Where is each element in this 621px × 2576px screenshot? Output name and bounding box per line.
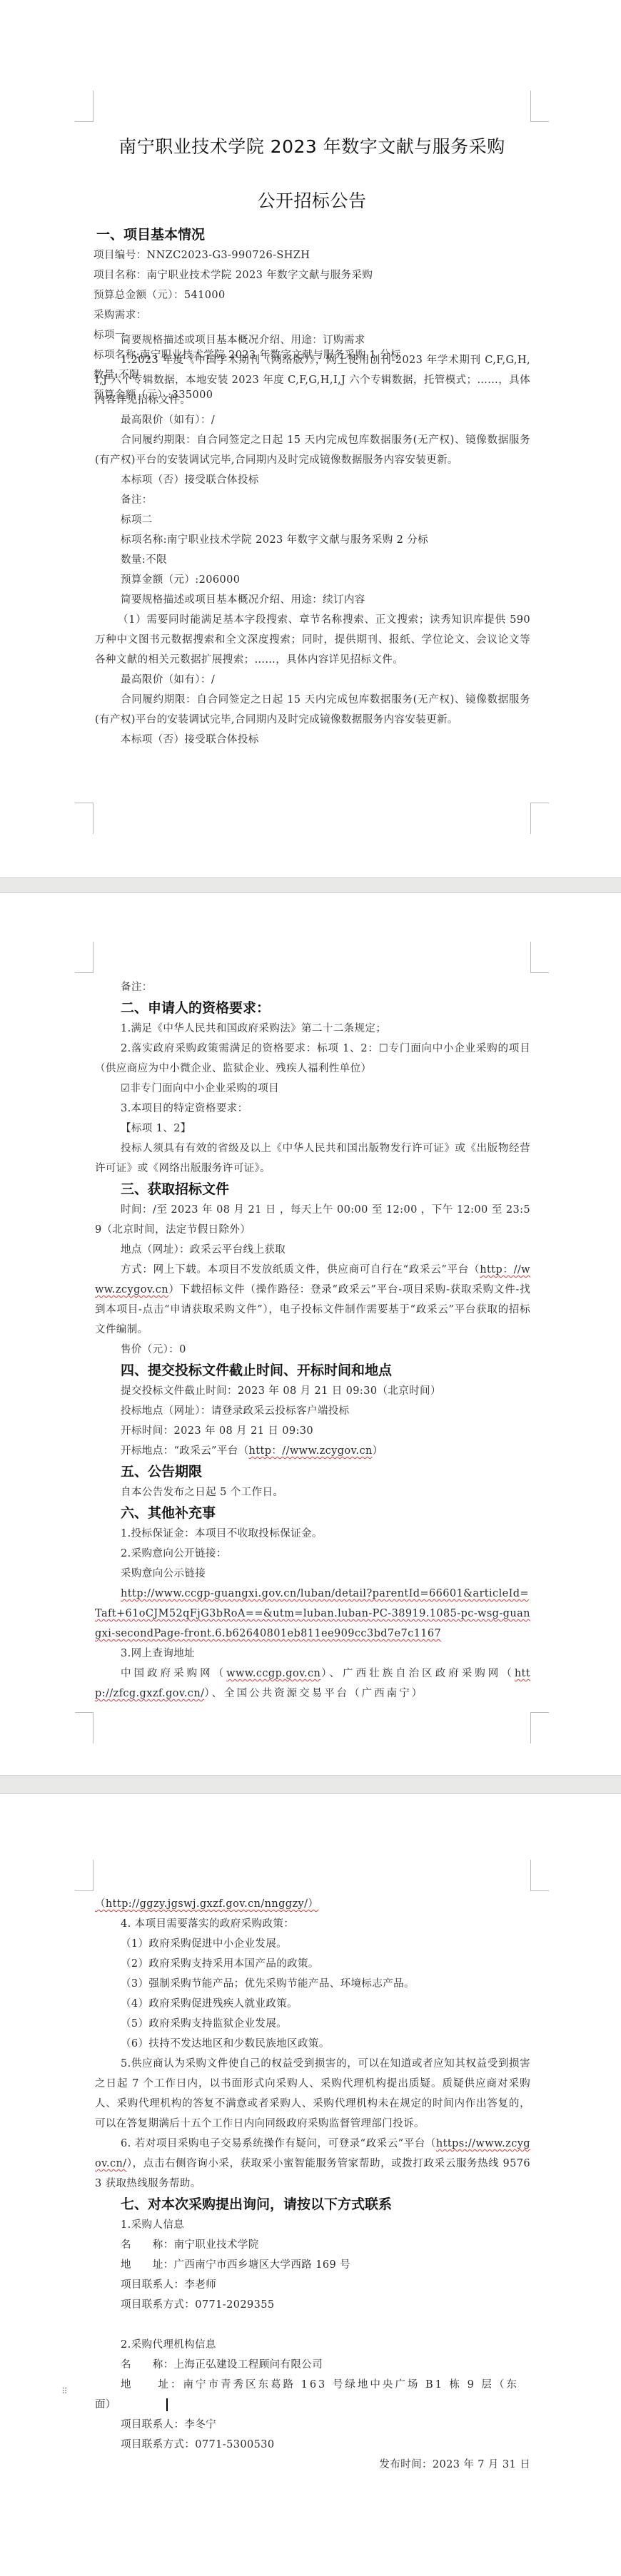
publish-date: 发布时间：2023 年 7 月 31 日: [95, 2455, 530, 2475]
obtain-method-prefix: 方式：网上下载。本项目不发放纸质文件，供应商可自行在“政采云”平台（: [121, 1264, 480, 1276]
intent-link-label: 采购意向公示链接: [95, 1564, 530, 1584]
lot1-consortium: 本标项（否）接受联合体投标: [95, 470, 530, 490]
other-item-5: 5.供应商认为采购文件使自己的权益受到损害的，可以在知道或者应知其权益受到损害之…: [95, 2054, 530, 2134]
lot2-contract-period: 合同履约期限：自合同签定之日起 15 天内完成包库数据服务(无产权)、镜像数据服…: [95, 690, 530, 730]
section-6-heading: 六、其他补充事: [95, 1502, 530, 1524]
margin-corner-top-left: [75, 1860, 94, 1891]
lot2-desc-text: （1）需要同时能满足基本字段搜索、章节名称搜索、正文搜索；读秀知识库提供 590…: [95, 610, 530, 670]
lot2-label: 标项二: [95, 510, 530, 530]
agency-address: 地 址：南宁市青秀区东葛路 163 号绿地中央广场 B1 栋 9 层（东: [95, 2375, 530, 2395]
purchaser-address: 地 址：广西南宁市西乡塘区大学西路 169 号: [95, 2255, 530, 2275]
margin-corner-top-right: [530, 1860, 549, 1891]
document-title-line1: 南宁职业技术学院 2023 年数字文献与服务采购: [94, 133, 530, 161]
query-site-a-text: 中国政府采购网（: [121, 1668, 226, 1679]
open-place-suffix: ）: [373, 1445, 383, 1457]
text-cursor: [166, 2398, 168, 2411]
agency-name: 名 称：上海正弘建设工程顾问有限公司: [95, 2355, 530, 2375]
section-1-heading: 一、项目基本情况: [94, 224, 530, 245]
agency-label: 2.采购代理机构信息: [95, 2335, 530, 2355]
page-2-content: 备注： 二、申请人的资格要求： 1.满足《中华人民共和国政府采购法》第二十二条规…: [95, 977, 530, 1704]
lot2-name: 标项名称:南宁职业技术学院 2023 年数字文献与服务采购 2 分标: [95, 530, 530, 550]
agency-contact: 项目联系人：李冬宁: [95, 2415, 530, 2435]
open-place-prefix: 开标地点：“政采云”平台（: [121, 1445, 249, 1457]
open-time: 开标时间：2023 年 08 月 21 日 09:30: [95, 1421, 530, 1441]
purchaser-phone: 项目联系方式：0771-2029355: [95, 2295, 530, 2315]
agency-address-cont[interactable]: 面）: [95, 2395, 530, 2415]
lot2-quantity: 数量:不限: [95, 550, 530, 570]
ccgp-link[interactable]: www.ccgp.gov.cn: [226, 1668, 320, 1679]
ggzy-nanning-link[interactable]: （http://ggzy.jgswj.gxzf.gov.cn/nnggzy/）: [95, 1898, 318, 1910]
margin-corner-top-right: [530, 91, 549, 122]
other-item-6: 6. 若对项目采购电子交易系统操作有疑问，可登录“政采云”平台（https://…: [95, 2134, 530, 2194]
margin-corner-bottom-right: [530, 1712, 549, 1743]
qual-item-2-checked: ☑非专门面向中小企业采购的项目: [95, 1079, 530, 1099]
blank-line: [95, 2315, 530, 2335]
qual-item-3: 3.本项目的特定资格要求：: [95, 1099, 530, 1119]
query-site-c-text: ）、全国公共资源交易平台（广西南宁）: [204, 1688, 424, 1699]
lot1-desc-label: 简要规格描述或项目基本概况介绍、用途：订购需求: [95, 330, 530, 350]
margin-corner-bottom-left: [75, 803, 94, 834]
obtain-price: 售价（元）：0: [95, 1340, 530, 1360]
notice-period: 自本公告发布之日起 5 个工作日。: [95, 1482, 530, 1502]
qual-item-1: 1.满足《中华人民共和国政府采购法》第二十二条规定；: [95, 1019, 530, 1039]
ggzy-link-para: （http://ggzy.jgswj.gxzf.gov.cn/nnggzy/）: [95, 1894, 530, 1914]
page-1-body: 简要规格描述或项目基本概况介绍、用途：订购需求 1.2023 年度《中国学术期刊…: [95, 330, 530, 750]
page-1: 南宁职业技术学院 2023 年数字文献与服务采购 公开招标公告 一、项目基本情况…: [0, 0, 621, 877]
lot1-desc-text: 1.2023 年度《中国学术期刊（网络版）》，网上使用创刊-2023 年学术期刊…: [95, 350, 530, 410]
other-item-3: 3.网上查询地址: [95, 1644, 530, 1664]
lot1-max-price: 最高限价（如有）：/: [95, 410, 530, 430]
table-move-handle-icon[interactable]: ⠿: [61, 2387, 67, 2396]
purchaser-label: 1.采购人信息: [95, 2215, 530, 2235]
requirements-label: 采购需求：: [94, 305, 530, 325]
qual-item-2: 2.落实政府采购政策需满足的资格要求：标项 1、2：☐专门面向中小企业采购的项目…: [95, 1039, 530, 1079]
zcygov-link[interactable]: http：//www.zcygov.cn: [249, 1445, 373, 1457]
project-name: 项目名称：南宁职业技术学院 2023 年数字文献与服务采购: [94, 265, 530, 285]
other-item-2: 2.采购意向公开链接：: [95, 1544, 530, 1564]
policy-1: （1）政府采购促进中小企业发展。: [95, 1934, 530, 1954]
total-budget: 预算总金额（元）：541000: [94, 285, 530, 305]
lot1-contract-period: 合同履约期限：自合同签定之日起 15 天内完成包库数据服务(无产权)、镜像数据服…: [95, 430, 530, 470]
margin-corner-top-left: [75, 942, 94, 973]
lot2-budget: 预算金额（元）:206000: [95, 570, 530, 590]
margin-corner-bottom-right: [530, 803, 549, 834]
bid-place: 投标地点（网址）：请登录政采云投标客户端投标: [95, 1401, 530, 1421]
other-item-1: 1.投标保证金：本项目不收取投标保证金。: [95, 1524, 530, 1544]
margin-corner-top-right: [530, 942, 549, 973]
section-5-heading: 五、公告期限: [95, 1461, 530, 1482]
qual-lots: 【标项 1、2】: [95, 1119, 530, 1139]
page-2: 备注： 二、申请人的资格要求： 1.满足《中华人民共和国政府采购法》第二十二条规…: [0, 893, 621, 1775]
qual-license: 投标人须具有有效的省级及以上《中华人民共和国出版物发行许可证》或《出版物经营许可…: [95, 1139, 530, 1178]
project-number: 项目编号：NNZC2023-G3-990726-SHZH: [94, 245, 530, 265]
lot2-desc-label: 简要规格描述或项目基本概况介绍、用途：续订内容: [95, 590, 530, 610]
policy-2: （2）政府采购支持采用本国产品的政策。: [95, 1954, 530, 1974]
page-3-content: （http://ggzy.jgswj.gxzf.gov.cn/nnggzy/） …: [95, 1894, 530, 2475]
intent-link-para: http://www.ccgp-guangxi.gov.cn/luban/det…: [95, 1584, 530, 1644]
bid-deadline: 提交投标文件截止时间：2023 年 08 月 21 日 09:30（北京时间）: [95, 1381, 530, 1401]
document-title-line2: 公开招标公告: [94, 187, 530, 215]
other-item-4: 4. 本项目需要落实的政府采购政策：: [95, 1914, 530, 1934]
lot2-remarks: 备注：: [95, 977, 530, 997]
page-gap-2: [0, 1775, 621, 1794]
lot2-consortium: 本标项（否）接受联合体投标: [95, 730, 530, 750]
margin-corner-top-left: [75, 91, 94, 122]
ccgp-guangxi-link[interactable]: http://www.ccgp-guangxi.gov.cn/luban/det…: [95, 1588, 530, 1639]
obtain-time: 时间：/至 2023 年 08 月 21 日 ，每天上午 00:00 至 12:…: [95, 1200, 530, 1240]
purchaser-contact: 项目联系人：李老师: [95, 2275, 530, 2295]
page-3: （http://ggzy.jgswj.gxzf.gov.cn/nnggzy/） …: [0, 1794, 621, 2576]
query-site-b-text: ）、广西壮族自治区政府采购网（: [320, 1668, 515, 1679]
obtain-method: 方式：网上下载。本项目不发放纸质文件，供应商可自行在“政采云”平台（http：/…: [95, 1260, 530, 1340]
page-gap-1: [0, 877, 621, 893]
policy-4: （4）政府采购促进残疾人就业政策。: [95, 1994, 530, 2014]
open-place: 开标地点：“政采云”平台（http：//www.zcygov.cn）: [95, 1441, 530, 1461]
section-3-heading: 三、获取招标文件: [95, 1178, 530, 1200]
lot1-remarks: 备注：: [95, 490, 530, 510]
policy-6: （6）扶持不发达地区和少数民族地区政策。: [95, 2034, 530, 2054]
item6-prefix: 6. 若对项目采购电子交易系统操作有疑问，可登录“政采云”平台（: [121, 2138, 436, 2149]
lot2-max-price: 最高限价（如有）：/: [95, 670, 530, 690]
section-2-heading: 二、申请人的资格要求：: [95, 997, 530, 1019]
purchaser-name: 名 称：南宁职业技术学院: [95, 2235, 530, 2255]
agency-phone: 项目联系方式：0771-5300530: [95, 2435, 530, 2455]
section-7-heading: 七、对本次采购提出询问，请按以下方式联系: [95, 2194, 530, 2215]
policy-5: （5）政府采购支持监狱企业发展。: [95, 2014, 530, 2034]
obtain-place: 地点（网址）：政采云平台线上获取: [95, 1240, 530, 1260]
item6-suffix: ），点击右侧咨询小采，获取采小蜜智能服务管家帮助，或拨打政采云服务热线 9576…: [95, 2158, 530, 2189]
section-4-heading: 四、提交投标文件截止时间、开标时间和地点: [95, 1360, 530, 1381]
agency-address-cont-text: 面）: [95, 2399, 116, 2410]
policy-3: （3）强制采购节能产品；优先采购节能产品、环境标志产品。: [95, 1974, 530, 1994]
margin-corner-bottom-left: [75, 1712, 94, 1743]
query-sites: 中国政府采购网（www.ccgp.gov.cn）、广西壮族自治区政府采购网（ht…: [95, 1664, 530, 1704]
